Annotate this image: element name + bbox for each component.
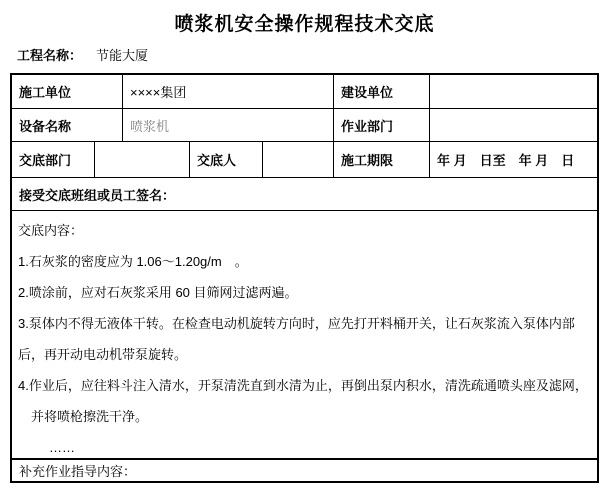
table-row-disclosure: 交底部门 交底人 施工期限 年 月 日至 年 月 日 (12, 141, 597, 177)
construction-period-label: 施工期限 (334, 142, 430, 177)
content-ellipsis: …… (18, 432, 591, 458)
content-item-3: 3.泵体内不得无液体干转。在检查电动机旋转方向时，应先打开料桶开关，让石灰浆流入… (18, 308, 591, 339)
document-page: 喷浆机安全操作规程技术交底 工程名称：节能大厦 施工单位 ××××集团 建设单位… (0, 0, 609, 497)
content-item-4-continued: 并将喷枪擦洗干净。 (18, 401, 591, 432)
content-item-3-continued: 后，再开动电动机带泵旋转。 (18, 339, 591, 370)
content-item-4: 4.作业后，应往料斗注入清水，开泵清洗直到水清为止，再倒出泵内积水，清洗疏通喷头… (18, 370, 591, 401)
equipment-name-label: 设备名称 (12, 109, 123, 141)
content-item-2: 2.喷涂前，应对石灰浆采用 60 目筛网过滤两遍。 (18, 277, 591, 308)
owner-unit-label: 建设单位 (334, 75, 430, 108)
signature-header: 接受交底班组或员工签名： (12, 178, 597, 210)
document-title: 喷浆机安全操作规程技术交底 (0, 9, 609, 36)
disclosure-form-table: 施工单位 ××××集团 建设单位 设备名称 喷浆机 作业部门 交底部门 交底人 … (10, 73, 599, 483)
construction-unit-label: 施工单位 (12, 75, 123, 108)
discloser-value (263, 142, 334, 177)
table-row-construction-unit: 施工单位 ××××集团 建设单位 (12, 75, 597, 108)
construction-unit-value: ××××集团 (123, 75, 334, 108)
content-heading: 交底内容： (18, 215, 591, 246)
project-name-value: 节能大厦 (96, 48, 148, 63)
supplement-header: 补充作业指导内容： (12, 460, 597, 481)
table-row-disclosure-content: 交底内容： 1.石灰浆的密度应为 1.06～1.20g/m 。 2.喷涂前，应对… (12, 210, 597, 458)
discloser-label: 交底人 (190, 142, 263, 177)
table-row-supplement: 补充作业指导内容： (12, 458, 597, 481)
work-department-value (430, 109, 597, 141)
table-row-signature: 接受交底班组或员工签名： (12, 177, 597, 210)
table-row-equipment: 设备名称 喷浆机 作业部门 (12, 108, 597, 141)
project-name-line: 工程名称：节能大厦 (17, 45, 148, 64)
work-department-label: 作业部门 (334, 109, 430, 141)
equipment-name-value: 喷浆机 (123, 109, 334, 141)
disclosure-department-label: 交底部门 (12, 142, 95, 177)
project-name-label: 工程名称： (17, 48, 82, 63)
owner-unit-value (430, 75, 597, 108)
construction-period-value: 年 月 日至 年 月 日 (430, 142, 597, 177)
disclosure-content-area: 交底内容： 1.石灰浆的密度应为 1.06～1.20g/m 。 2.喷涂前，应对… (12, 211, 597, 458)
content-item-1: 1.石灰浆的密度应为 1.06～1.20g/m 。 (18, 246, 591, 277)
disclosure-department-value (95, 142, 190, 177)
